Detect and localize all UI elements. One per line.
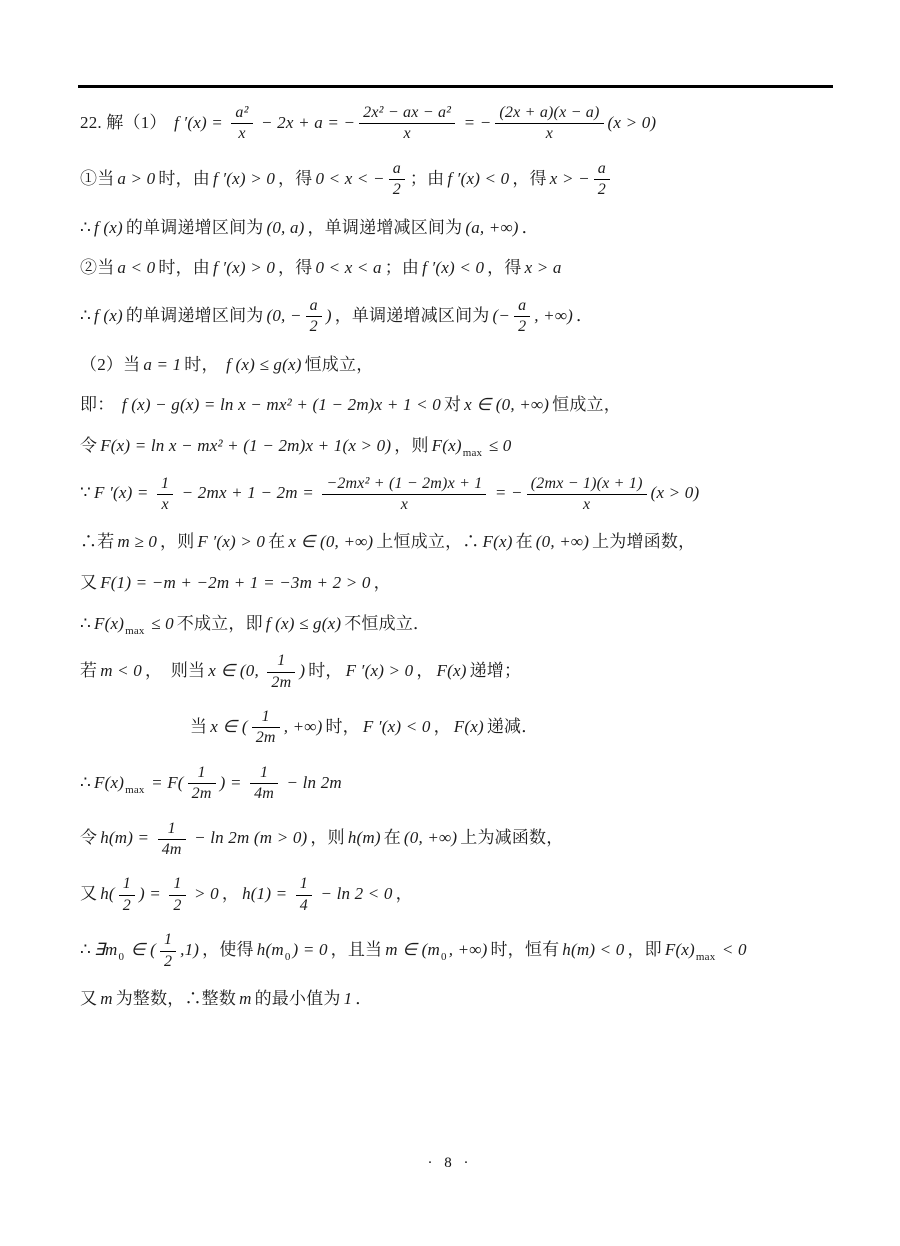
math-run: ∃m [93, 940, 118, 959]
math-run: , +∞) [283, 717, 324, 736]
header-rule [78, 85, 833, 88]
math-run: x > − [549, 169, 591, 188]
math-line: 若m < 0， 则当x ∈ (0, 12m)时，F ′(x) > 0，F(x)递… [78, 652, 848, 692]
text-run: 令 [78, 436, 99, 455]
page: 22. 解（1） f ′(x) = a²x − 2x + a = −2x² − … [0, 0, 900, 1246]
fraction-denominator: 4m [158, 840, 186, 859]
math-line: （2）当a = 1时， f (x) ≤ g(x)恒成立， [78, 353, 848, 378]
fraction-numerator: 1 [157, 475, 173, 495]
math-run: h(1) = [241, 884, 293, 903]
math-run: a > 0 [116, 169, 156, 188]
math-run: (a, +∞) [464, 218, 519, 237]
fraction-denominator: x [527, 495, 647, 514]
math-run: F(x) [431, 436, 463, 455]
math-run: x ∈ (0, [207, 661, 264, 680]
fraction: 14 [296, 875, 312, 915]
text-run: 时， [182, 355, 225, 374]
math-run: (x > 0) [650, 483, 701, 502]
fraction-denominator: 4 [296, 896, 312, 915]
math-line: 当x ∈ (12m, +∞)时，F ′(x) < 0，F(x)递减． [188, 708, 848, 748]
fraction-denominator: 2 [160, 952, 176, 971]
text-run: 又 [78, 884, 99, 903]
math-line: 即： f (x) − g(x) = ln x − mx² + (1 − 2m)x… [78, 393, 848, 418]
math-run: F ′(x) < 0 [362, 717, 432, 736]
math-run: 0 < x < − [314, 169, 385, 188]
math-line: 22. 解（1） f ′(x) = a²x − 2x + a = −2x² − … [78, 104, 848, 144]
math-run: − 2mx + 1 − 2m = [176, 483, 319, 502]
text-run: ，使得 [200, 940, 256, 959]
fraction-numerator: a² [231, 104, 252, 124]
math-run: F(x) [453, 717, 485, 736]
math-run: , +∞) [448, 940, 489, 959]
text-run: ，得 [276, 258, 314, 277]
fraction-numerator: a [594, 160, 610, 180]
math-run: ≤ 0 [483, 436, 512, 455]
math-run: x ∈ (0, +∞) [287, 532, 374, 551]
fraction-denominator: 2m [267, 673, 295, 692]
math-run: F(x) [93, 614, 125, 633]
math-line: 又h(12) = 12 > 0，h(1) = 14 − ln 2 < 0， [78, 875, 848, 915]
math-run: (0, +∞) [535, 532, 590, 551]
math-run: a < 0 [116, 258, 156, 277]
fraction-denominator: x [359, 124, 455, 143]
fraction-denominator: x [231, 124, 252, 143]
math-line: ②当a < 0时，由f ′(x) > 0，得0 < x < a；由f ′(x) … [78, 256, 848, 281]
text-run: ，且当 [329, 940, 385, 959]
math-run: f (x) ≤ g(x) [225, 355, 302, 374]
subscript: max [463, 447, 484, 459]
text-run: ． [353, 989, 374, 1008]
text-run: 时， [323, 717, 361, 736]
math-run: h(m) [347, 828, 382, 847]
math-run: m ≥ 0 [116, 532, 158, 551]
text-run: 时，恒有 [488, 940, 561, 959]
text-run: ． [574, 306, 595, 325]
math-run: x ∈ ( [209, 717, 249, 736]
math-line: ∴若m ≥ 0，则F ′(x) > 0在x ∈ (0, +∞)上恒成立，∴F(x… [78, 530, 848, 555]
math-run: F ′(x) > 0 [196, 532, 266, 551]
math-run: − ln 2 < 0 [315, 884, 394, 903]
math-run: m < 0 [99, 661, 143, 680]
text-run: 即： [78, 395, 121, 414]
fraction: (2mx − 1)(x + 1)x [527, 475, 647, 515]
fraction-numerator: −2mx² + (1 − 2m)x + 1 [322, 475, 486, 495]
document-body: 22. 解（1） f ′(x) = a²x − 2x + a = −2x² − … [78, 104, 848, 1028]
page-number: · 8 · [0, 1155, 900, 1172]
math-run: = F( [146, 773, 185, 792]
text-run: ， [432, 717, 453, 736]
fraction-numerator: 1 [267, 652, 295, 672]
math-run: < 0 [716, 940, 747, 959]
math-run: h( [99, 884, 116, 903]
math-line: ∴F(x)max = F(12m) = 14m − ln 2m [78, 764, 848, 804]
text-run: 上为减函数， [458, 828, 565, 847]
fraction-numerator: 1 [296, 875, 312, 895]
text-run: 在 [266, 532, 287, 551]
math-run: − 2x + a = − [256, 113, 357, 132]
math-run: = − [458, 113, 492, 132]
math-run: f ′(x) > 0 [212, 169, 276, 188]
math-line: ∴f (x)的单调递增区间为(0, −a2)，单调递增减区间为(−a2, +∞)… [78, 297, 848, 337]
fraction-denominator: 2 [594, 180, 610, 199]
math-run: h(m) < 0 [561, 940, 625, 959]
math-run: (0, a) [265, 218, 305, 237]
fraction-denominator: 2m [252, 728, 280, 747]
fraction-denominator: x [322, 495, 486, 514]
math-run: ,1) [179, 940, 200, 959]
fraction-numerator: 1 [252, 708, 280, 728]
fraction: 12 [119, 875, 135, 915]
fraction: 12m [188, 764, 216, 804]
fraction: 12 [160, 931, 176, 971]
fraction-numerator: 1 [119, 875, 135, 895]
fraction-numerator: (2x + a)(x − a) [495, 104, 603, 124]
math-run: f (x) [93, 218, 124, 237]
fraction: a²x [231, 104, 252, 144]
math-run: h(m [256, 940, 285, 959]
math-run: x > a [524, 258, 563, 277]
text-run: 的单调递增区间为 [124, 218, 266, 237]
math-run: m ∈ (m [384, 940, 441, 959]
text-run: 上为增函数， [590, 532, 697, 551]
fraction: −2mx² + (1 − 2m)x + 1x [322, 475, 486, 515]
text-run: ． [520, 218, 541, 237]
math-run: x ∈ (0, +∞) [463, 395, 550, 414]
math-run: > 0 [189, 884, 220, 903]
math-run: F(1) = −m + −2m + 1 = −3m + 2 > 0 [99, 573, 371, 592]
math-run: (0, − [265, 306, 302, 325]
math-line: ∵F ′(x) = 1x − 2mx + 1 − 2m = −2mx² + (1… [78, 475, 848, 515]
text-run: 时， [306, 661, 344, 680]
text-run: ，得 [276, 169, 314, 188]
text-run: 时，由 [156, 258, 212, 277]
math-run: (0, +∞) [403, 828, 458, 847]
subscript: 0 [441, 951, 448, 963]
text-run: 令 [78, 828, 99, 847]
fraction: a2 [389, 160, 405, 200]
text-run: 不成立，即 [175, 614, 265, 633]
text-run: 若 [78, 661, 99, 680]
fraction-denominator: 2 [169, 896, 185, 915]
text-run: ∴若 [78, 532, 116, 551]
text-run: 时，由 [156, 169, 212, 188]
math-line: ∴f (x)的单调递增区间为(0, a)，单调递增减区间为(a, +∞)． [78, 216, 848, 241]
fraction: a2 [594, 160, 610, 200]
fraction-numerator: 1 [250, 764, 278, 784]
text-run: ；由 [408, 169, 446, 188]
math-line: ∴F(x)max ≤ 0不成立，即f (x) ≤ g(x)不恒成立． [78, 612, 848, 637]
math-run: f (x) [93, 306, 124, 325]
math-run: f ′(x) = [173, 113, 228, 132]
math-run: m [99, 989, 113, 1008]
text-run: ①当 [78, 169, 116, 188]
math-run: ) = [138, 884, 166, 903]
text-run: 的最小值为 [253, 989, 343, 1008]
text-run: ∴ [78, 306, 93, 325]
math-run: (− [492, 306, 512, 325]
text-run: 22. 解（1） [78, 113, 173, 132]
text-run: ， [414, 661, 435, 680]
text-run: ， [220, 884, 241, 903]
text-run: 在 [382, 828, 403, 847]
text-run: ，则 [392, 436, 430, 455]
text-run: （2）当 [78, 355, 142, 374]
fraction-denominator: x [157, 495, 173, 514]
math-run: − ln 2m [281, 773, 343, 792]
text-run: 递减． [485, 717, 541, 736]
fraction-numerator: 1 [188, 764, 216, 784]
fraction: 12m [267, 652, 295, 692]
fraction-denominator: 2 [514, 317, 530, 336]
fraction-denominator: 2 [389, 180, 405, 199]
subscript: 0 [285, 951, 292, 963]
math-run: ∈ ( [125, 940, 157, 959]
math-run: f (x) ≤ g(x) [265, 614, 342, 633]
text-run: 恒成立， [303, 355, 376, 374]
fraction: 14m [158, 820, 186, 860]
text-run: 又 [78, 989, 99, 1008]
math-line: ∴∃m0 ∈ (12,1)，使得h(m0) = 0，且当m ∈ (m0, +∞)… [78, 931, 848, 971]
math-run: F(x) [664, 940, 696, 959]
math-line: 又m为整数，∴整数m的最小值为1． [78, 987, 848, 1012]
text-run: 当 [188, 717, 209, 736]
math-run: = − [489, 483, 523, 502]
math-run: F(x) = ln x − mx² + (1 − 2m)x + 1(x > 0) [99, 436, 392, 455]
text-run: ∴ [78, 940, 93, 959]
text-run: 为整数，∴整数 [114, 989, 238, 1008]
math-run: h(m) = [99, 828, 154, 847]
math-run: F ′(x) > 0 [345, 661, 415, 680]
math-run: − ln 2m (m > 0) [189, 828, 309, 847]
text-run: ∴ [78, 614, 93, 633]
math-line: 令F(x) = ln x − mx² + (1 − 2m)x + 1(x > 0… [78, 434, 848, 459]
math-run: f ′(x) > 0 [212, 258, 276, 277]
subscript: max [125, 625, 146, 637]
fraction: 1x [157, 475, 173, 515]
text-run: ，单调递增减区间为 [306, 218, 465, 237]
math-run: 1 [343, 989, 354, 1008]
text-run: ，单调递增减区间为 [333, 306, 492, 325]
text-run: ；由 [383, 258, 421, 277]
text-run: 递增； [468, 661, 524, 680]
text-run: ，即 [625, 940, 663, 959]
text-run: ，得 [510, 169, 548, 188]
math-line: ①当a > 0时，由f ′(x) > 0，得0 < x < −a2；由f ′(x… [78, 160, 848, 200]
math-run: F(x) [93, 773, 125, 792]
text-run: ，则 [308, 828, 346, 847]
math-run: f ′(x) < 0 [446, 169, 510, 188]
text-run: ∵ [78, 483, 93, 502]
math-run: f ′(x) < 0 [421, 258, 485, 277]
fraction-numerator: 2x² − ax − a² [359, 104, 455, 124]
fraction-numerator: a [514, 297, 530, 317]
fraction-denominator: 2 [306, 317, 322, 336]
math-line: 令h(m) = 14m − ln 2m (m > 0)，则h(m)在(0, +∞… [78, 820, 848, 860]
fraction-numerator: 1 [160, 931, 176, 951]
math-run: F ′(x) = [93, 483, 154, 502]
fraction: 12 [169, 875, 185, 915]
fraction: (2x + a)(x − a)x [495, 104, 603, 144]
fraction: 14m [250, 764, 278, 804]
fraction-numerator: 1 [158, 820, 186, 840]
math-run: F(x) [436, 661, 468, 680]
fraction-numerator: a [389, 160, 405, 180]
fraction-denominator: x [495, 124, 603, 143]
math-run: 0 < x < a [314, 258, 382, 277]
fraction: a2 [306, 297, 322, 337]
text-run: ，得 [485, 258, 523, 277]
fraction-numerator: 1 [169, 875, 185, 895]
subscript: max [125, 784, 146, 796]
text-run: ， [394, 884, 415, 903]
fraction: 12m [252, 708, 280, 748]
text-run: ②当 [78, 258, 116, 277]
text-run: 在 [514, 532, 535, 551]
fraction-denominator: 2m [188, 784, 216, 803]
text-run: 又 [78, 573, 99, 592]
text-run: ，则 [158, 532, 196, 551]
fraction-numerator: a [306, 297, 322, 317]
subscript: max [696, 951, 717, 963]
text-run: ， 则当 [143, 661, 207, 680]
text-run: 恒成立， [550, 395, 623, 414]
math-line: 又F(1) = −m + −2m + 1 = −3m + 2 > 0， [78, 571, 848, 596]
text-run: 不恒成立． [342, 614, 432, 633]
math-run: f (x) − g(x) = ln x − mx² + (1 − 2m)x + … [121, 395, 442, 414]
math-run: ≤ 0 [146, 614, 175, 633]
fraction: a2 [514, 297, 530, 337]
fraction-denominator: 4m [250, 784, 278, 803]
math-run: m [238, 989, 252, 1008]
math-run: (x > 0) [607, 113, 658, 132]
subscript: 0 [118, 951, 125, 963]
math-run: ) [325, 306, 333, 325]
fraction: 2x² − ax − a²x [359, 104, 455, 144]
math-run: ) = 0 [292, 940, 329, 959]
math-run: , +∞) [533, 306, 574, 325]
fraction-numerator: (2mx − 1)(x + 1) [527, 475, 647, 495]
text-run: 上恒成立，∴ [374, 532, 481, 551]
math-run: a = 1 [142, 355, 182, 374]
text-run: ， [372, 573, 393, 592]
math-run: ) = [219, 773, 247, 792]
text-run: ∴ [78, 218, 93, 237]
fraction-denominator: 2 [119, 896, 135, 915]
math-run: F(x) [482, 532, 514, 551]
text-run: 的单调递增区间为 [124, 306, 266, 325]
text-run: 对 [442, 395, 463, 414]
text-run: ∴ [78, 773, 93, 792]
